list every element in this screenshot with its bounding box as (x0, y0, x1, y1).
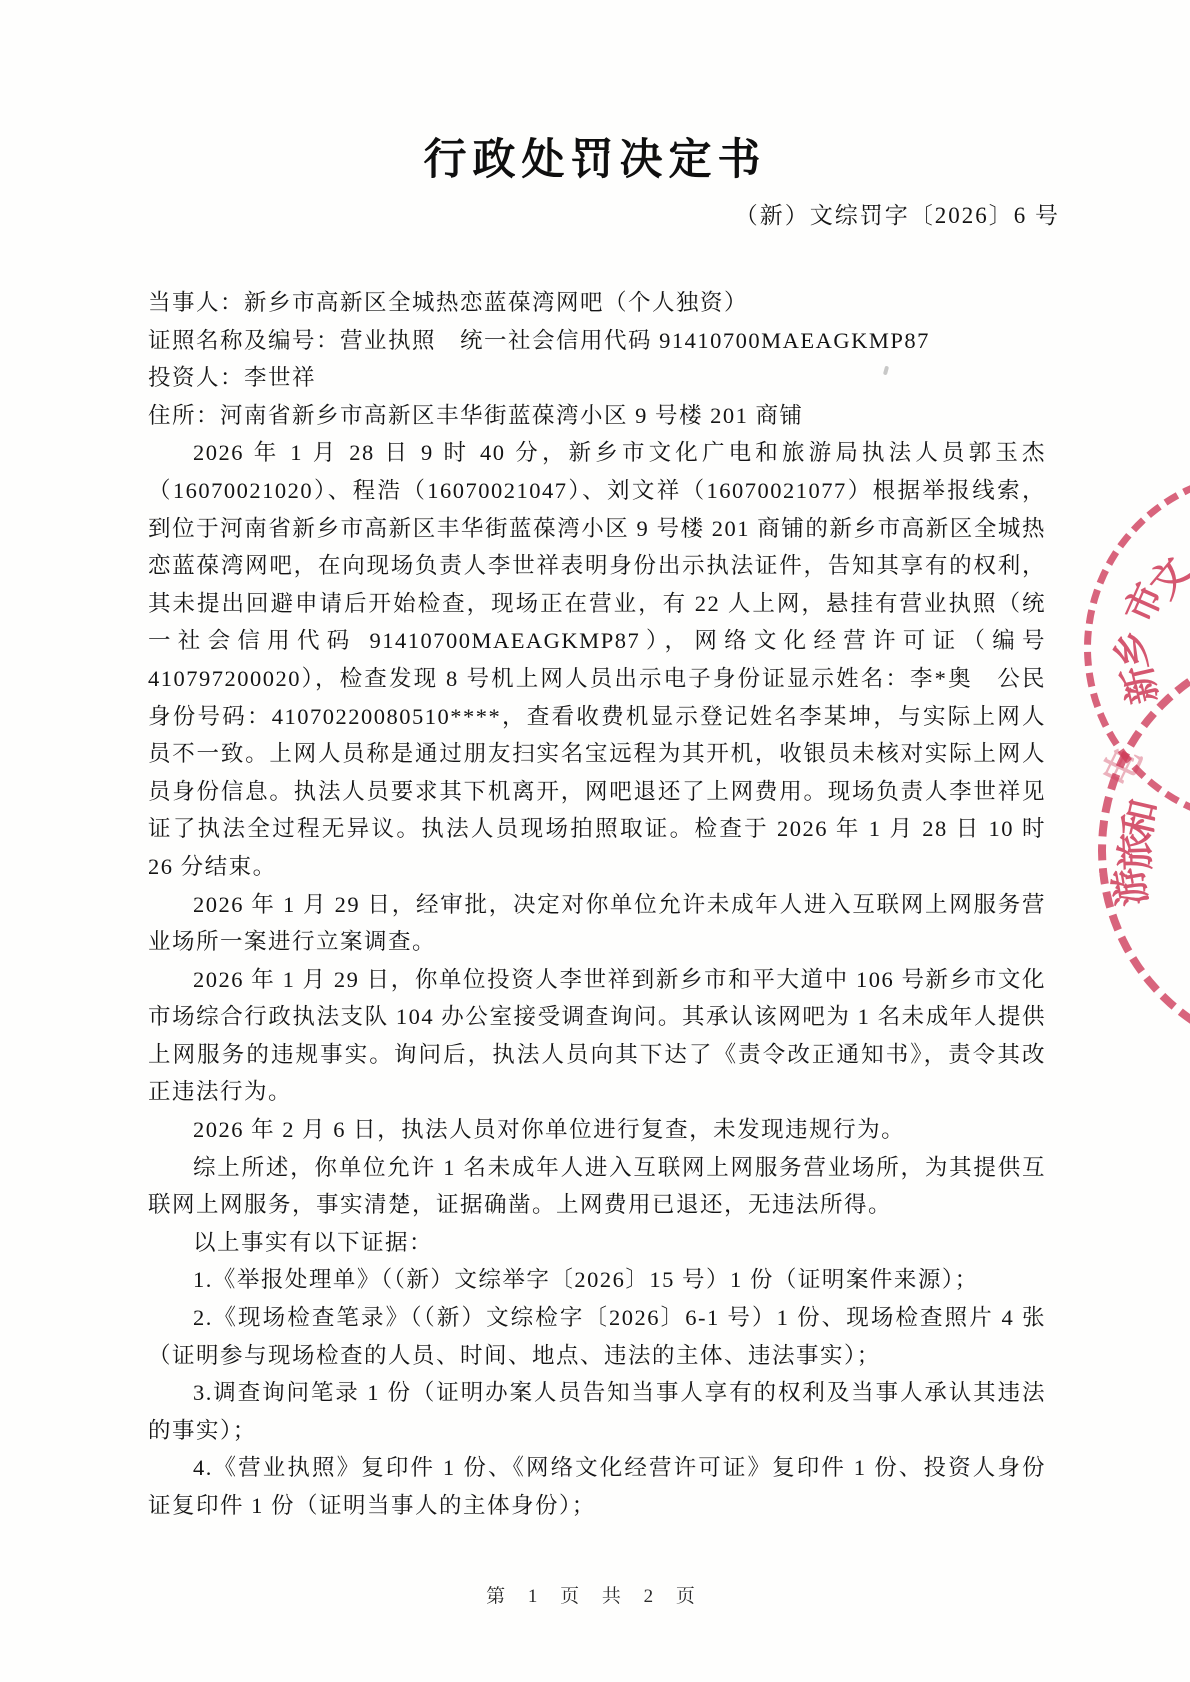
paragraph: 证照名称及编号：营业执照 统一社会信用代码 91410700MAEAGKMP87 (148, 322, 1046, 360)
paragraph: 投资人：李世祥 (148, 359, 1046, 397)
seal-character: 旅 (1104, 832, 1160, 872)
document-body: 当事人：新乡市高新区全城热恋蓝葆湾网吧（个人独资）证照名称及编号：营业执照 统一… (148, 284, 1046, 1525)
paragraph: 4.《营业执照》复印件 1 份、《网络文化经营许可证》复印件 1 份、投资人身份… (148, 1449, 1046, 1524)
paragraph: 住所：河南省新乡市高新区丰华街蓝葆湾小区 9 号楼 201 商铺 (148, 397, 1046, 435)
seal-character: 乡 (1102, 630, 1157, 668)
paragraph: 综上所述，你单位允许 1 名未成年人进入互联网上网服务营业场所，为其提供互联网上… (148, 1149, 1046, 1224)
document-page: 行政处罚决定书 （新）文综罚字〔2026〕6 号 当事人：新乡市高新区全城热恋蓝… (0, 0, 1190, 1682)
paragraph: 2026 年 1 月 29 日，你单位投资人李世祥到新乡市和平大道中 106 号… (148, 961, 1046, 1111)
paragraph: 1.《举报处理单》（（新）文综举字〔2026〕15 号）1 份（证明案件来源）； (148, 1261, 1046, 1299)
paragraph: 2.《现场检查笔录》（（新）文综检字〔2026〕6-1 号）1 份、现场检查照片… (148, 1299, 1046, 1374)
paragraph: 2026 年 1 月 29 日，经审批，决定对你单位允许未成年人进入互联网上网服… (148, 886, 1046, 961)
paragraph: 当事人：新乡市高新区全城热恋蓝葆湾网吧（个人独资） (148, 284, 1046, 322)
paragraph: 2026 年 1 月 28 日 9 时 40 分，新乡市文化广电和旅游局执法人员… (148, 434, 1046, 885)
document-title: 行政处罚决定书 (0, 0, 1190, 187)
document-number: （新）文综罚字〔2026〕6 号 (0, 197, 1190, 230)
paragraph: 以上事实有以下证据： (148, 1224, 1046, 1262)
paragraph: 3.调查询问笔录 1 份（证明办案人员告知当事人享有的权利及当事人承认其违法的事… (148, 1374, 1046, 1449)
page-footer: 第 1 页 共 2 页 (0, 1581, 1190, 1608)
paragraph: 2026 年 2 月 6 日，执法人员对你单位进行复查，未发现违规行为。 (148, 1111, 1046, 1149)
